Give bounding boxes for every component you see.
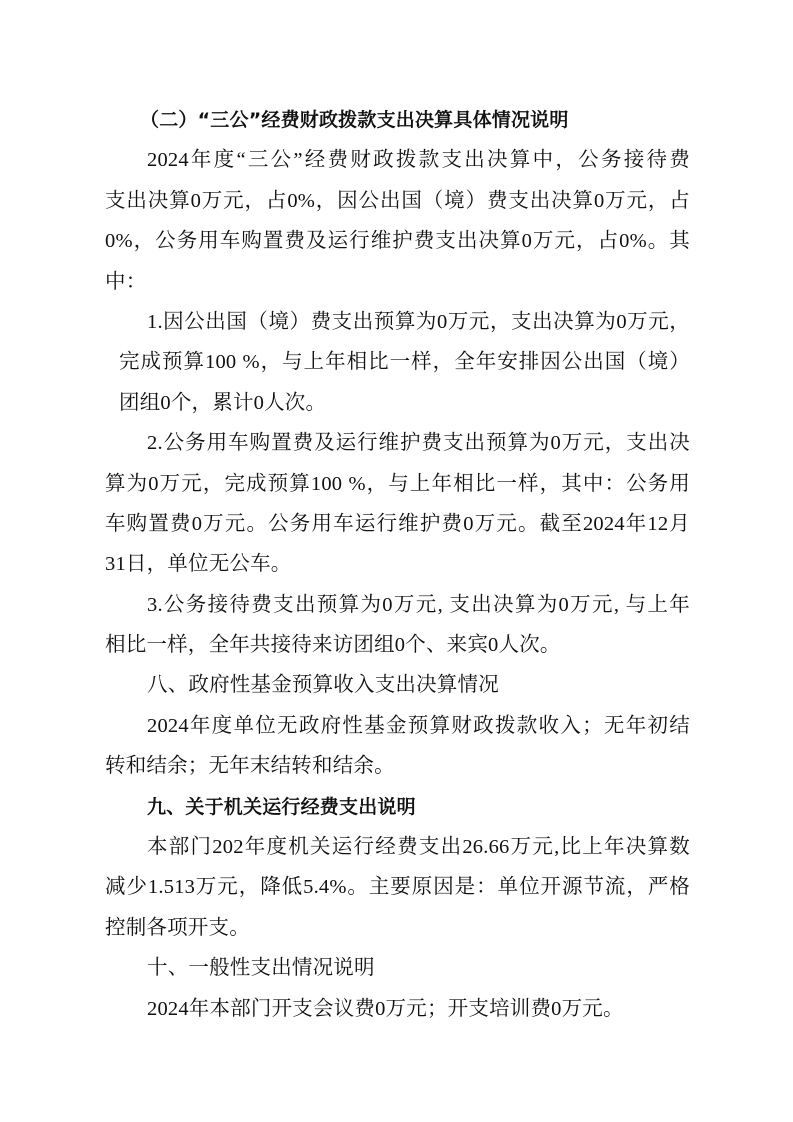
section-8-line: 转和结余；无年末结转和结余。 [105, 746, 690, 786]
paragraph-line: 0%，公务用车购置费及运行维护费支出决算0万元，占0%。其 [105, 221, 690, 261]
list-item-3-line: 相比一样，全年共接待来访团组0个、来宾0人次。 [105, 625, 690, 665]
section-9-line: 控制各项开支。 [105, 908, 690, 948]
list-item-2-line: 2.公务用车购置费及运行维护费支出预算为0万元，支出决 [105, 423, 690, 463]
section-title: （二）“三公”经费财政拨款支出决算具体情况说明 [105, 100, 690, 140]
list-item-2-line: 车购置费0万元。公务用车运行维护费0万元。截至2024年12月 [105, 504, 690, 544]
section-8-line: 2024年度单位无政府性基金预算财政拨款收入；无年初结 [105, 706, 690, 746]
section-9-line: 减少1.513万元，降低5.4%。主要原因是：单位开源节流，严格 [105, 867, 690, 907]
section-8-heading: 八、政府性基金预算收入支出决算情况 [105, 665, 690, 705]
list-item-2-line: 算为0万元，完成预算100 %，与上年相比一样，其中：公务用 [105, 464, 690, 504]
section-9-line: 本部门202年度机关运行经费支出26.66万元,比上年决算数 [105, 827, 690, 867]
section-9-heading: 九、关于机关运行经费支出说明 [105, 787, 690, 827]
section-10-line: 2024年本部门开支会议费0万元；开支培训费0万元。 [105, 989, 690, 1029]
paragraph-line: 支出决算0万元，占0%，因公出国（境）费支出决算0万元，占 [105, 181, 690, 221]
list-item-2-line: 31日，单位无公车。 [105, 544, 690, 584]
list-item-1-line: 团组0个，累计0人次。 [105, 383, 690, 423]
section-10-heading: 十、一般性支出情况说明 [105, 948, 690, 988]
list-item-1-line: 1.因公出国（境）费支出预算为0万元，支出决算为0万元， [105, 302, 690, 342]
list-item-1-line: 完成预算100 %，与上年相比一样，全年安排因公出国（境） [105, 342, 690, 382]
list-item-3-line: 3.公务接待费支出预算为0万元, 支出决算为0万元, 与上年 [105, 585, 690, 625]
paragraph-line: 2024年度“三公”经费财政拨款支出决算中，公务接待费 [105, 140, 690, 180]
paragraph-line: 中： [105, 262, 690, 302]
document-page: （二）“三公”经费财政拨款支出决算具体情况说明 2024年度“三公”经费财政拨款… [105, 100, 690, 1029]
